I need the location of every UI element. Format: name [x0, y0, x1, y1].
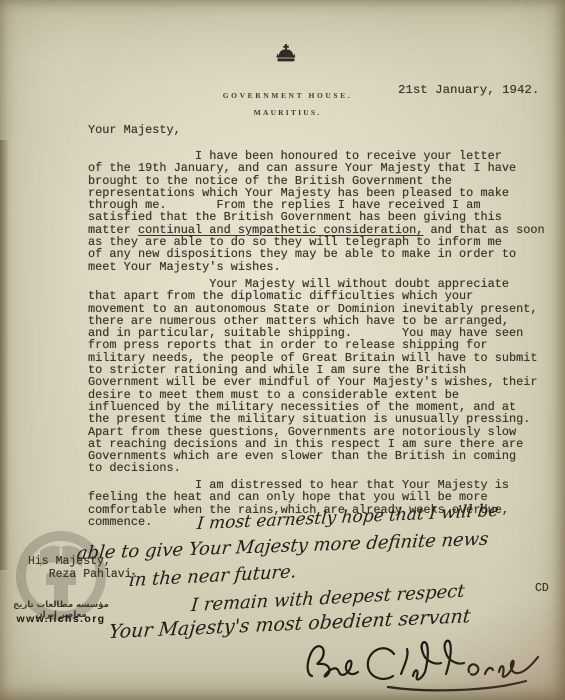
letter-scan-page: GOVERNMENT HOUSE. MAURITIUS. 21st Januar…	[0, 0, 565, 700]
signature-bede-clifford	[298, 636, 550, 694]
paragraph-1: I have been honoured to receive your let…	[88, 150, 545, 273]
letterhead-office: GOVERNMENT HOUSE.	[200, 91, 375, 100]
handwritten-line-2: able to give Your Majesty more definite …	[76, 529, 490, 564]
salutation: Your Majesty,	[88, 124, 181, 136]
typist-initials: CD	[535, 583, 549, 595]
letterhead-place: MAURITIUS.	[200, 108, 375, 117]
letter-date: 21st January, 1942.	[398, 84, 539, 96]
paragraph-2: Your Majesty will without doubt apprecia…	[88, 278, 538, 475]
handwritten-line-3: in the near future.	[128, 561, 297, 591]
watermark-url: www.iichs.org	[2, 613, 120, 625]
paper-left-shadow	[0, 140, 9, 570]
crown-icon	[273, 44, 299, 71]
